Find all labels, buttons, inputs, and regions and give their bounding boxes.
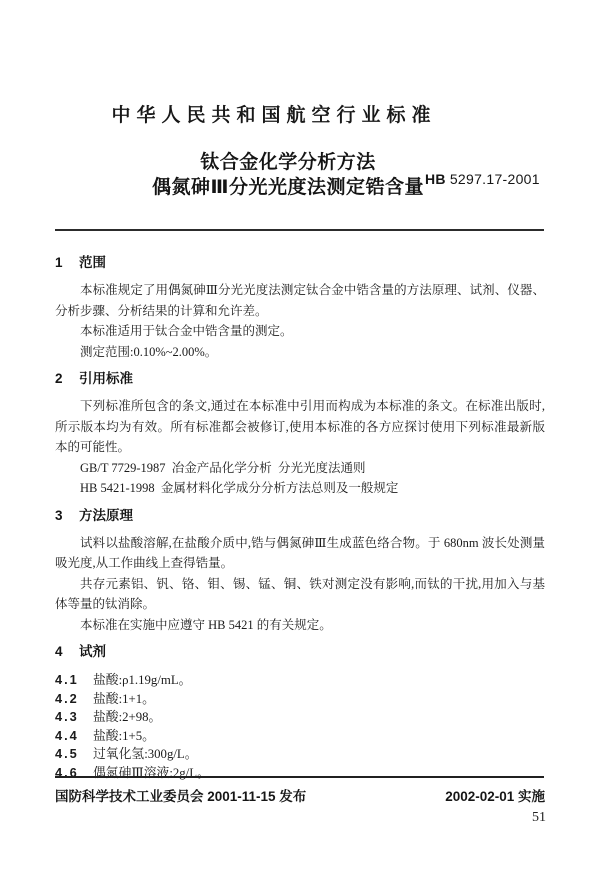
reagent-item-number: 4.3 — [55, 708, 85, 727]
reagent-item-number: 4.6 — [55, 764, 85, 783]
reagent-item-text: 过氧化氢:300g/L。 — [93, 745, 545, 764]
section-3-number: 3 — [55, 506, 71, 526]
reagent-item: 4.3盐酸:2+98。 — [55, 708, 545, 727]
references-intro-paragraph: 下列标准所包含的条文,通过在本标准中引用而构成为本标准的条文。在标准出版时,所示… — [55, 396, 545, 458]
section-3-heading: 3方法原理 — [55, 506, 545, 526]
reagent-item-number: 4.4 — [55, 727, 85, 746]
principle-paragraph-3: 本标准在实施中应遵守 HB 5421 的有关规定。 — [55, 615, 545, 636]
reagent-item-number: 4.1 — [55, 671, 85, 690]
principle-paragraph-1: 试料以盐酸溶解,在盐酸介质中,锆与偶氮砷Ⅲ生成蓝色络合物。于 680nm 波长处… — [55, 533, 545, 574]
reagent-item-text: 偶氮砷Ⅲ溶液:2g/L。 — [93, 764, 545, 783]
footer-divider-rule — [55, 776, 544, 778]
section-4-heading: 4试剂 — [55, 642, 545, 662]
footer-issuer-and-issue-date: 国防科学技术工业委员会 2001-11-15 发布 — [55, 788, 306, 806]
reagent-item-number: 4.2 — [55, 690, 85, 709]
standard-code-number: 5297.17-2001 — [450, 171, 540, 187]
reagent-item-number: 4.5 — [55, 745, 85, 764]
section-2-heading: 2引用标准 — [55, 369, 545, 389]
footer-implementation-date: 2002-02-01 实施 — [445, 788, 545, 806]
reagent-list: 4.1盐酸:ρ1.19g/mL。 4.2盐酸:1+1。 4.3盐酸:2+98。 … — [55, 671, 545, 783]
reagent-item: 4.5过氧化氢:300g/L。 — [55, 745, 545, 764]
page-number: 51 — [532, 809, 546, 827]
reagent-item-text: 盐酸:ρ1.19g/mL。 — [93, 671, 545, 690]
section-2-number: 2 — [55, 369, 71, 389]
reagent-item-text: 盐酸:2+98。 — [93, 708, 545, 727]
section-3-title: 方法原理 — [79, 508, 133, 523]
reagent-item: 4.6偶氮砷Ⅲ溶液:2g/L。 — [55, 764, 545, 783]
standard-code-prefix: HB — [425, 171, 446, 187]
standard-org-title: 中华人民共和国航空行业标准 — [0, 105, 574, 127]
reagent-item-text: 盐酸:1+5。 — [93, 727, 545, 746]
document-body: 1范围 本标准规定了用偶氮砷Ⅲ分光光度法测定钛合金中锆含量的方法原理、试剂、仪器… — [55, 246, 545, 783]
section-4-title: 试剂 — [79, 644, 106, 659]
header-divider-rule — [55, 229, 544, 231]
section-4-number: 4 — [55, 642, 71, 662]
document-page: 中华人民共和国航空行业标准 钛合金化学分析方法 偶氮砷Ⅲ分光光度法测定锆含量 H… — [0, 0, 600, 876]
scope-paragraph-2: 本标准适用于钛合金中锆含量的测定。 — [55, 321, 545, 342]
reagent-item: 4.2盐酸:1+1。 — [55, 690, 545, 709]
reagent-item-text: 盐酸:1+1。 — [93, 690, 545, 709]
scope-paragraph-3: 测定范围:0.10%~2.00%。 — [55, 342, 545, 363]
section-1-number: 1 — [55, 253, 71, 273]
reference-standard-1: GB/T 7729-1987 冶金产品化学分析 分光光度法通则 — [55, 458, 545, 479]
reagent-item: 4.1盐酸:ρ1.19g/mL。 — [55, 671, 545, 690]
section-1-heading: 1范围 — [55, 253, 545, 273]
reference-standard-2: HB 5421-1998 金属材料化学成分分析方法总则及一般规定 — [55, 478, 545, 499]
standard-code: HB5297.17-2001 — [425, 170, 540, 188]
reagent-item: 4.4盐酸:1+5。 — [55, 727, 545, 746]
section-1-title: 范围 — [79, 255, 106, 270]
section-2-title: 引用标准 — [79, 371, 133, 386]
principle-paragraph-2: 共存元素铝、钒、铬、钼、锡、锰、铜、铁对测定没有影响,而钛的干扰,用加入与基体等… — [55, 574, 545, 615]
scope-paragraph-1: 本标准规定了用偶氮砷Ⅲ分光光度法测定钛合金中锆含量的方法原理、试剂、仪器、分析步… — [55, 280, 545, 321]
